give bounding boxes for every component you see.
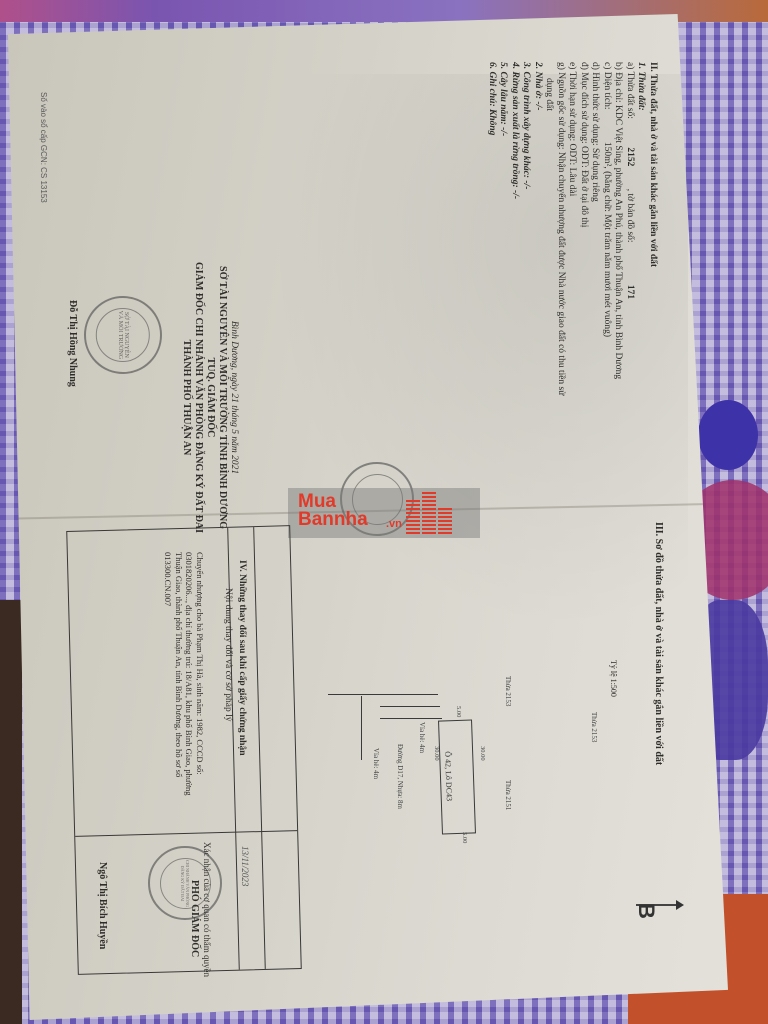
map-sheet-number: 171 <box>625 285 635 299</box>
sidewalk-1: Vỉa hè: 4m <box>418 722 426 753</box>
sidewalk-2: Vỉa hè: 4m <box>372 748 380 779</box>
land-plot-diagram: Ô 42, Lô DC43 <box>438 719 476 834</box>
road-name: Đường D17, Nhựa: 8m <box>396 744 404 809</box>
north-marker: B <box>633 903 659 919</box>
building-icon <box>422 490 436 534</box>
perennial-trees: 5. Cây lâu năm: -/- <box>497 62 509 395</box>
house: 2. Nhà ở: -/- <box>532 62 544 395</box>
building-icon <box>406 500 420 534</box>
dim-long-top: 30.00 <box>479 746 486 761</box>
section-2-land-info: II. Thửa đất, nhà ở và tài sản khác gắn … <box>486 62 659 395</box>
neighbor-bottom: Thửa 2151 <box>504 780 512 810</box>
address: b) Địa chỉ: KDC Việt Sing, phường An Phú… <box>612 62 624 395</box>
serial-number: Số vào sổ cấp GCN: CS 13153 <box>39 92 48 203</box>
usage-origin: g) Nguồn gốc sử dụng: Nhận chuyển nhượng… <box>555 62 567 395</box>
map-scale: Tỷ lệ 1:500 <box>609 660 618 697</box>
confirming-signer: Ngô Thị Bích Huyền <box>97 862 108 949</box>
usage-duration: e) Thời hạn sử dụng: ODT: Lâu dài <box>566 62 578 395</box>
section-3: III. Sơ đồ thửa đất, nhà ở và tài sản kh… <box>653 522 665 765</box>
section-2-title: II. Thửa đất, nhà ở và tài sản khác gắn … <box>647 62 659 395</box>
parcel-line: a) Thửa đất số: 2152 , tờ bản đồ số: 171 <box>624 62 636 395</box>
planted-forest: 4. Rừng sản xuất là rừng trồng: -/- <box>509 62 521 395</box>
change-date: 13/11/2023 <box>240 846 250 886</box>
building-icon <box>438 506 452 534</box>
neighbor-top: Thửa 2153 <box>590 712 598 742</box>
col-header-content: Nội dung thay đổi và cơ sở pháp lý <box>223 588 233 722</box>
usage-form: d) Hình thức sử dụng: Sử dụng riêng <box>589 62 601 395</box>
area-line: c) Diện tích: 150m², (bằng chữ: Một trăm… <box>601 62 613 395</box>
area-value: 150m², (bằng chữ: Một trăm năm mươi mét … <box>602 142 612 337</box>
mua-ban-nha-watermark: Mua Bannha .vn <box>288 488 480 538</box>
parcel-number: 2152 <box>625 147 635 166</box>
section-3-title: III. Sơ đồ thửa đất, nhà ở và tài sản kh… <box>653 522 665 765</box>
background-flower <box>698 400 758 470</box>
notes: 6. Ghi chú: Không <box>486 62 498 395</box>
position-line-1: GIÁM ĐỐC CHI NHÁNH VĂN PHÒNG ĐĂNG KÝ ĐẤT… <box>192 262 204 533</box>
position-line-2: THÀNH PHỐ THUẬN AN <box>180 262 192 533</box>
section-4-title: IV. Những thay đổi sau khi cấp giấy chứn… <box>236 560 248 756</box>
tuq: TUQ. GIÁM ĐỐC <box>204 262 216 533</box>
other-construction: 3. Công trình xây dựng khác: -/- <box>520 62 532 395</box>
background-shadow <box>0 600 22 1024</box>
usage-purpose: đ) Mục đích sử dụng: ODT: Đất ở tại đô t… <box>578 62 590 395</box>
land-heading: 1. Thửa đất: <box>635 62 647 395</box>
official-stamp: SỞ TÀI NGUYÊN VÀ MÔI TRƯỜNG <box>84 296 162 374</box>
issuing-authority-block: Bình Dương, ngày 21 tháng 5 năm 2021 SỞ … <box>180 262 240 533</box>
issuing-org: SỞ TÀI NGUYÊN VÀ MÔI TRƯỜNG TỈNH BÌNH DƯ… <box>216 262 228 533</box>
change-content: Chuyển nhượng cho bà Phạm Thị Hà, sinh n… <box>163 552 205 795</box>
signer-name: Đỗ Thị Hồng Nhung <box>67 300 78 387</box>
plot-label: Ô 42, Lô DC43 <box>443 751 454 801</box>
neighbor-left: Thửa 2153 <box>504 676 512 706</box>
issue-date: Bình Dương, ngày 21 tháng 5 năm 2021 <box>228 262 240 533</box>
official-stamp: CHI NHÁNH VĂN PHÒNG ĐĂNG KÝ ĐẤT ĐAI <box>148 846 222 920</box>
dim-long-bottom: 30.00 <box>433 746 440 761</box>
dim-short-left: 5.00 <box>455 706 462 717</box>
dim-short-right: 5.00 <box>461 832 468 843</box>
